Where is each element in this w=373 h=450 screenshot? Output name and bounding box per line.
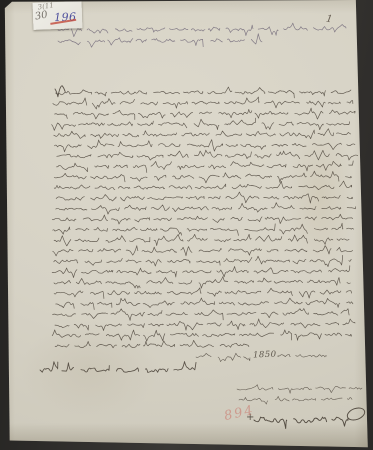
handwriting-initial-capital xyxy=(55,86,65,97)
archival-label: 3(11 30 196 xyxy=(33,1,83,30)
handwriting-docket xyxy=(58,23,346,47)
handwriting-signature-line xyxy=(254,406,366,429)
label-pencil-number: 30 xyxy=(34,10,48,23)
signature-flourish xyxy=(346,406,367,422)
manuscript-paper: 3(11 30 196 1 1850. + 894 xyxy=(0,0,373,450)
handwriting-body xyxy=(52,87,358,348)
date-year: 1850. xyxy=(253,350,280,361)
photo-backdrop: 3(11 30 196 1 1850. + 894 xyxy=(0,0,373,450)
handwriting-closing-note xyxy=(237,385,362,404)
handwriting-layer xyxy=(0,0,373,450)
handwriting-attestation-line xyxy=(40,362,196,373)
